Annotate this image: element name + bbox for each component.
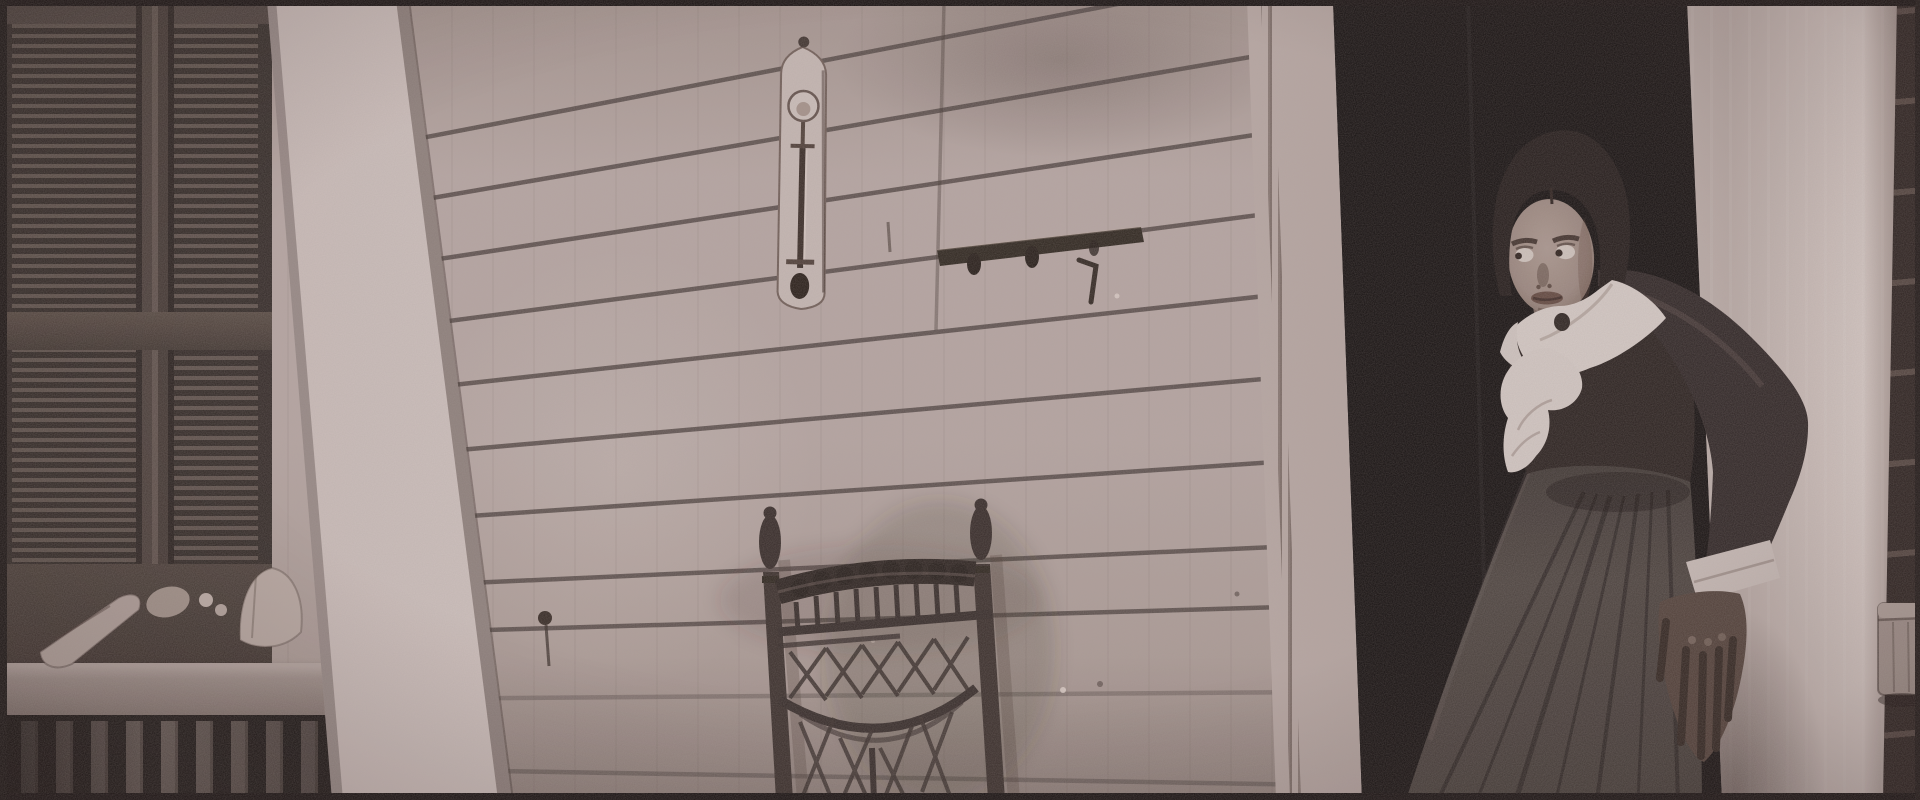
film-grain [0, 0, 1920, 800]
film-still-scene [0, 0, 1920, 800]
